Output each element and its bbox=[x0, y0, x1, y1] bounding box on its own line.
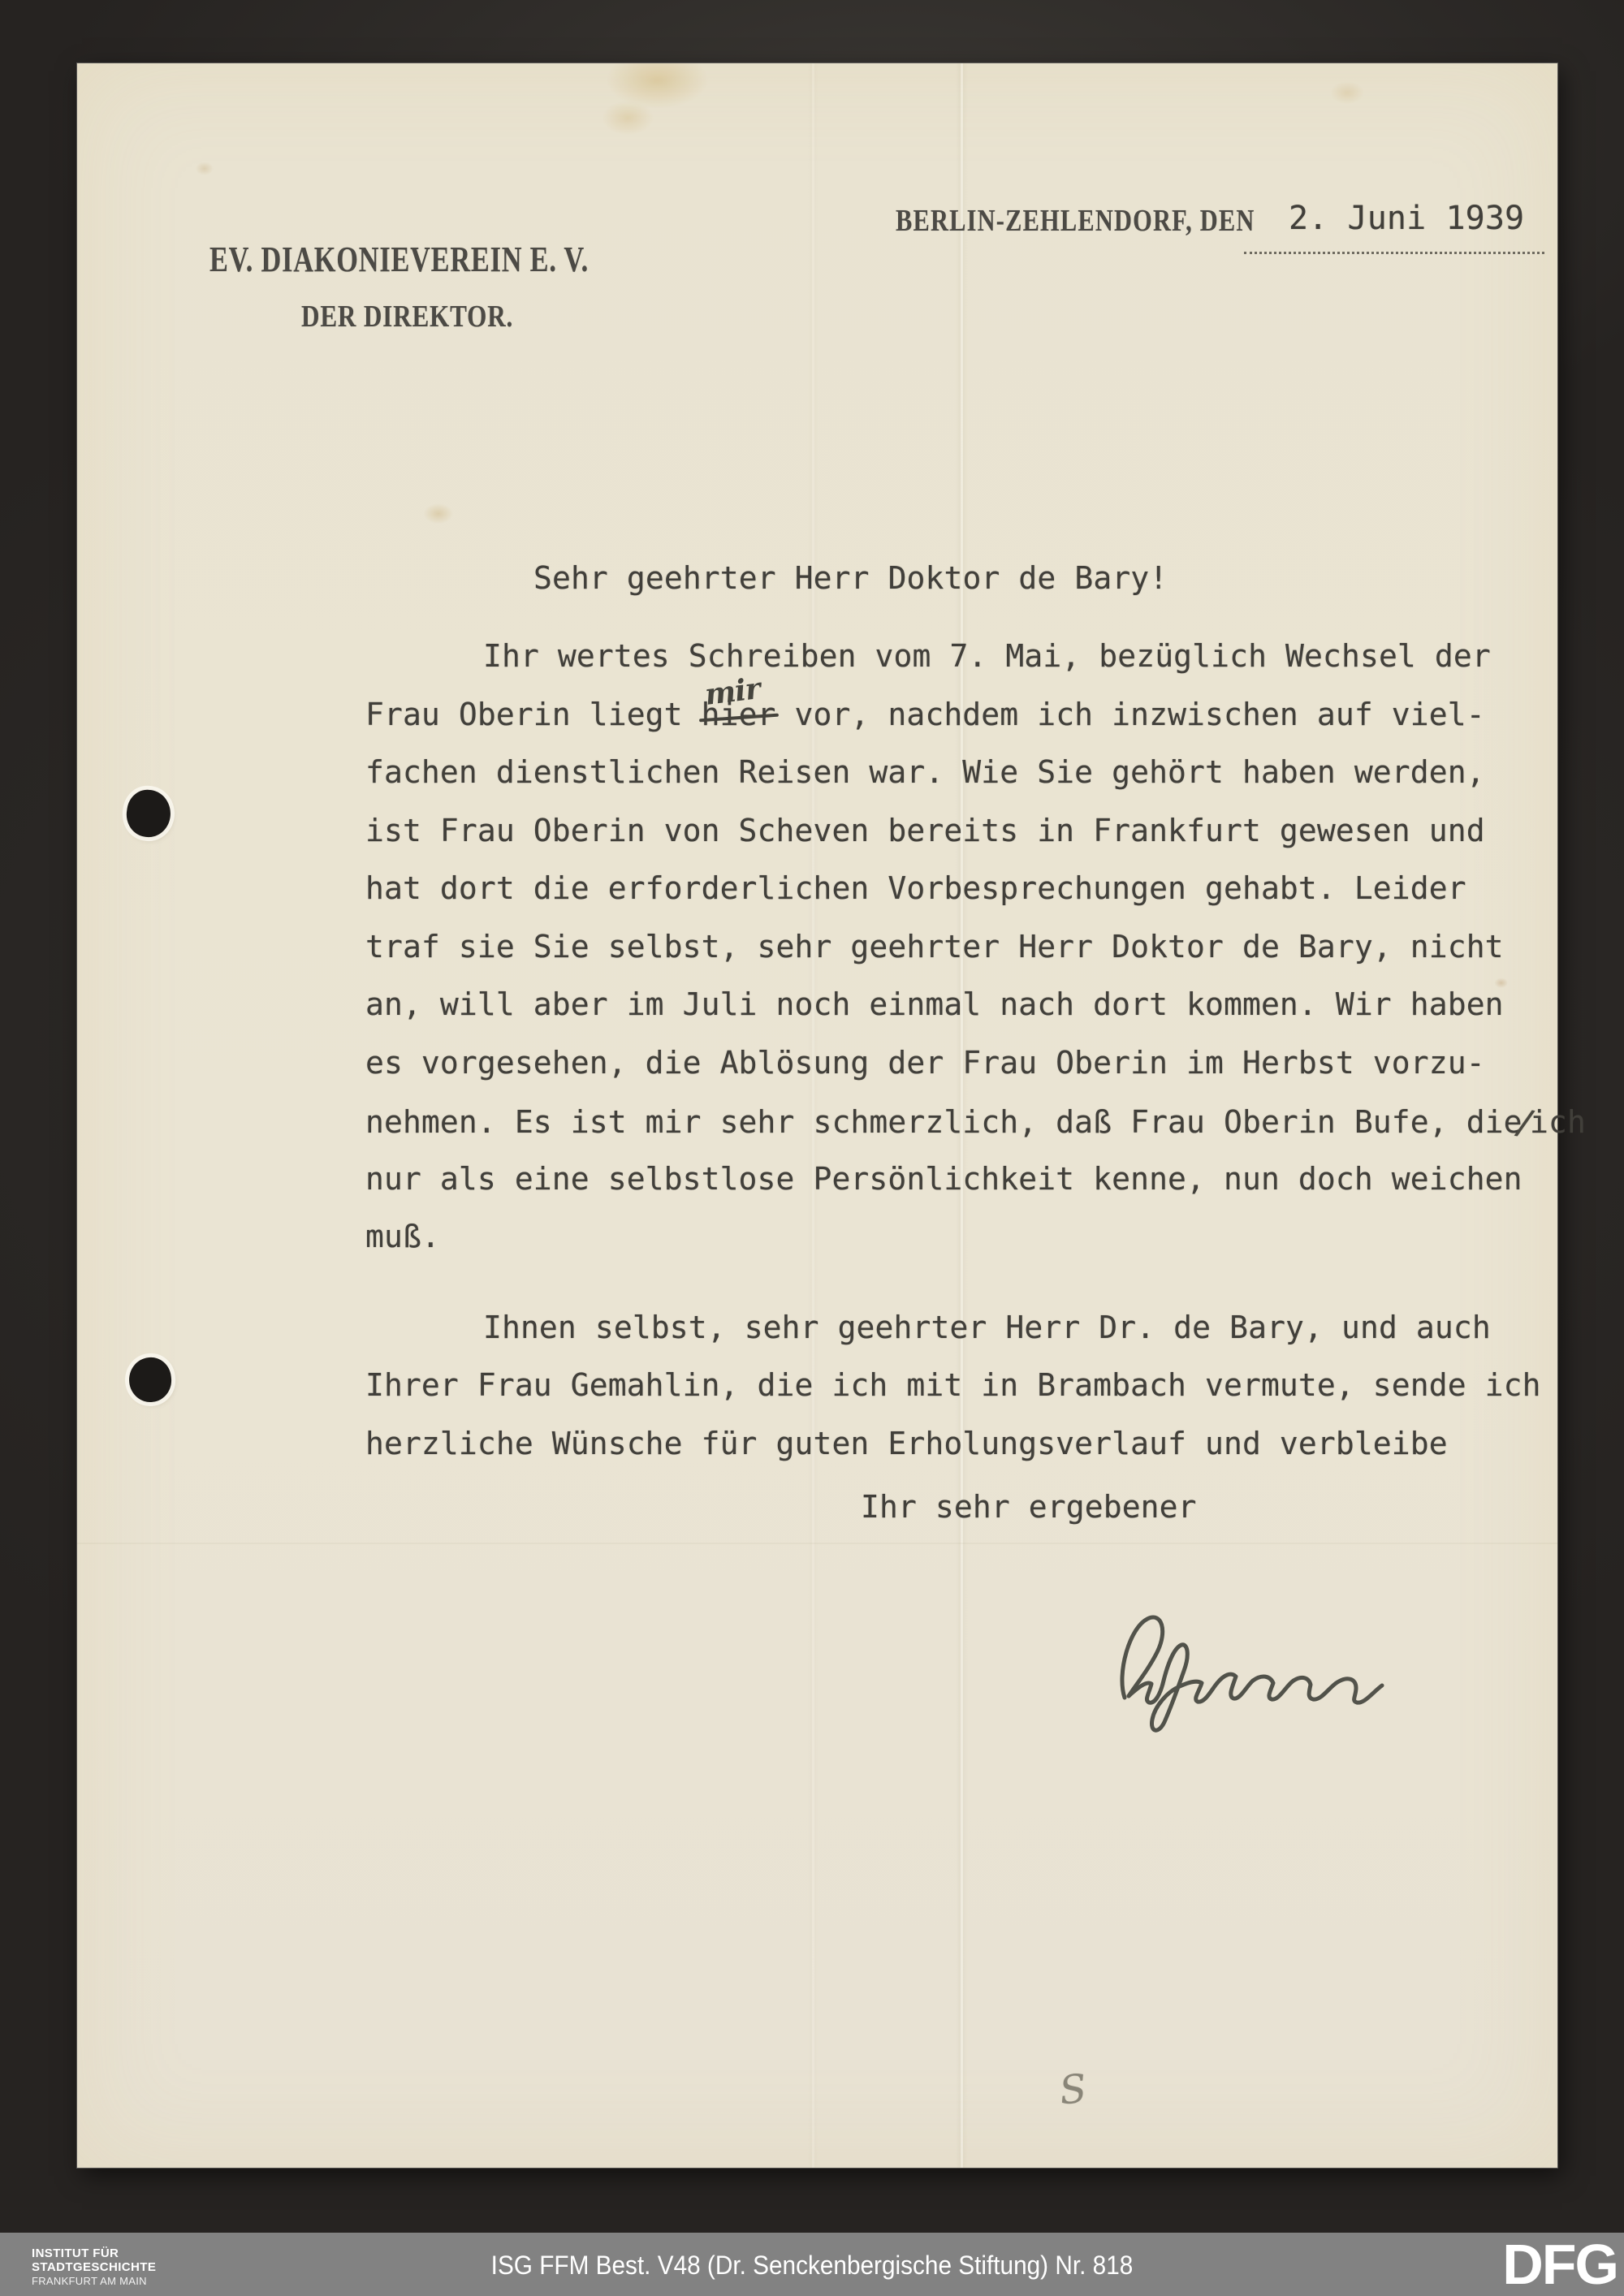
typed-line: Ihnen selbst, sehr geehrter Herr Dr. de … bbox=[365, 1299, 1567, 1357]
footer-bar: INSTITUT FÜR STADTGESCHICHTE FRANKFURT A… bbox=[0, 2233, 1624, 2296]
paper-crease-horizontal bbox=[77, 1543, 1557, 1544]
typed-line: Frau Oberin liegt hiermir vor, nachdem i… bbox=[365, 686, 1567, 744]
typed-line: traf sie Sie selbst, sehr geehrter Herr … bbox=[365, 918, 1567, 977]
typed-line: fachen dienstlichen Reisen war. Wie Sie … bbox=[365, 744, 1567, 802]
dateline-typed-date: 2. Juni 1939 bbox=[1289, 200, 1524, 237]
closing-formula: Ihr sehr ergebener bbox=[861, 1489, 1197, 1525]
typed-line: hat dort die erforderlichen Vorbesprechu… bbox=[365, 860, 1567, 918]
signature-pilgram bbox=[1107, 1602, 1391, 1740]
letter-page: EV. DIAKONIEVEREIN E. V. DER DIREKTOR. B… bbox=[77, 63, 1557, 2168]
archive-reference: ISG FFM Best. V48 (Dr. Senckenbergische … bbox=[57, 2251, 1567, 2281]
hole-punch-bottom bbox=[127, 1355, 173, 1404]
typed-line: Ihr wertes Schreiben vom 7. Mai, bezügli… bbox=[365, 628, 1567, 686]
line-segment: vor, nachdem ich inzwischen auf viel- bbox=[776, 697, 1485, 732]
salutation: Sehr geehrter Herr Doktor de Bary! bbox=[533, 560, 1168, 596]
typed-line: an, will aber im Juli noch einmal nach d… bbox=[365, 976, 1567, 1034]
typed-line: herzliche Wünsche für guten Erholungsver… bbox=[365, 1415, 1567, 1474]
line-segment: nehmen. Es ist mir sehr schmerzlich, daß… bbox=[365, 1104, 1522, 1140]
letterhead-role: DER DIREKTOR. bbox=[301, 299, 513, 334]
typed-line: muß. bbox=[365, 1208, 1567, 1267]
dateline-place-label: BERLIN-ZEHLENDORF, DEN bbox=[896, 203, 1255, 239]
dfg-logo: DFG bbox=[1502, 2233, 1618, 2296]
handwritten-insertion-mir: mir bbox=[703, 674, 762, 710]
typed-line: ist Frau Oberin von Scheven bereits in F… bbox=[365, 802, 1567, 861]
letter-body: Ihr wertes Schreiben vom 7. Mai, bezügli… bbox=[365, 628, 1567, 1473]
line-segment: Frau Oberin liegt bbox=[365, 697, 702, 732]
hole-punch-top bbox=[123, 788, 174, 840]
letterhead-organization: EV. DIAKONIEVEREIN E. V. bbox=[209, 239, 589, 280]
typed-line: nur als eine selbstlose Persönlichkeit k… bbox=[365, 1150, 1567, 1209]
line-segment: ich bbox=[1530, 1104, 1586, 1140]
handwritten-slash: / bbox=[1510, 1092, 1540, 1153]
struck-word-wrapper: hiermir bbox=[702, 686, 776, 744]
typed-line: nehmen. Es ist mir sehr schmerzlich, daß… bbox=[365, 1092, 1567, 1150]
pencil-note-s: S bbox=[1057, 2065, 1089, 2113]
typed-line: es vorgesehen, die Ablösung der Frau Obe… bbox=[365, 1034, 1567, 1093]
typed-line: Ihrer Frau Gemahlin, die ich mit in Bram… bbox=[365, 1357, 1567, 1415]
